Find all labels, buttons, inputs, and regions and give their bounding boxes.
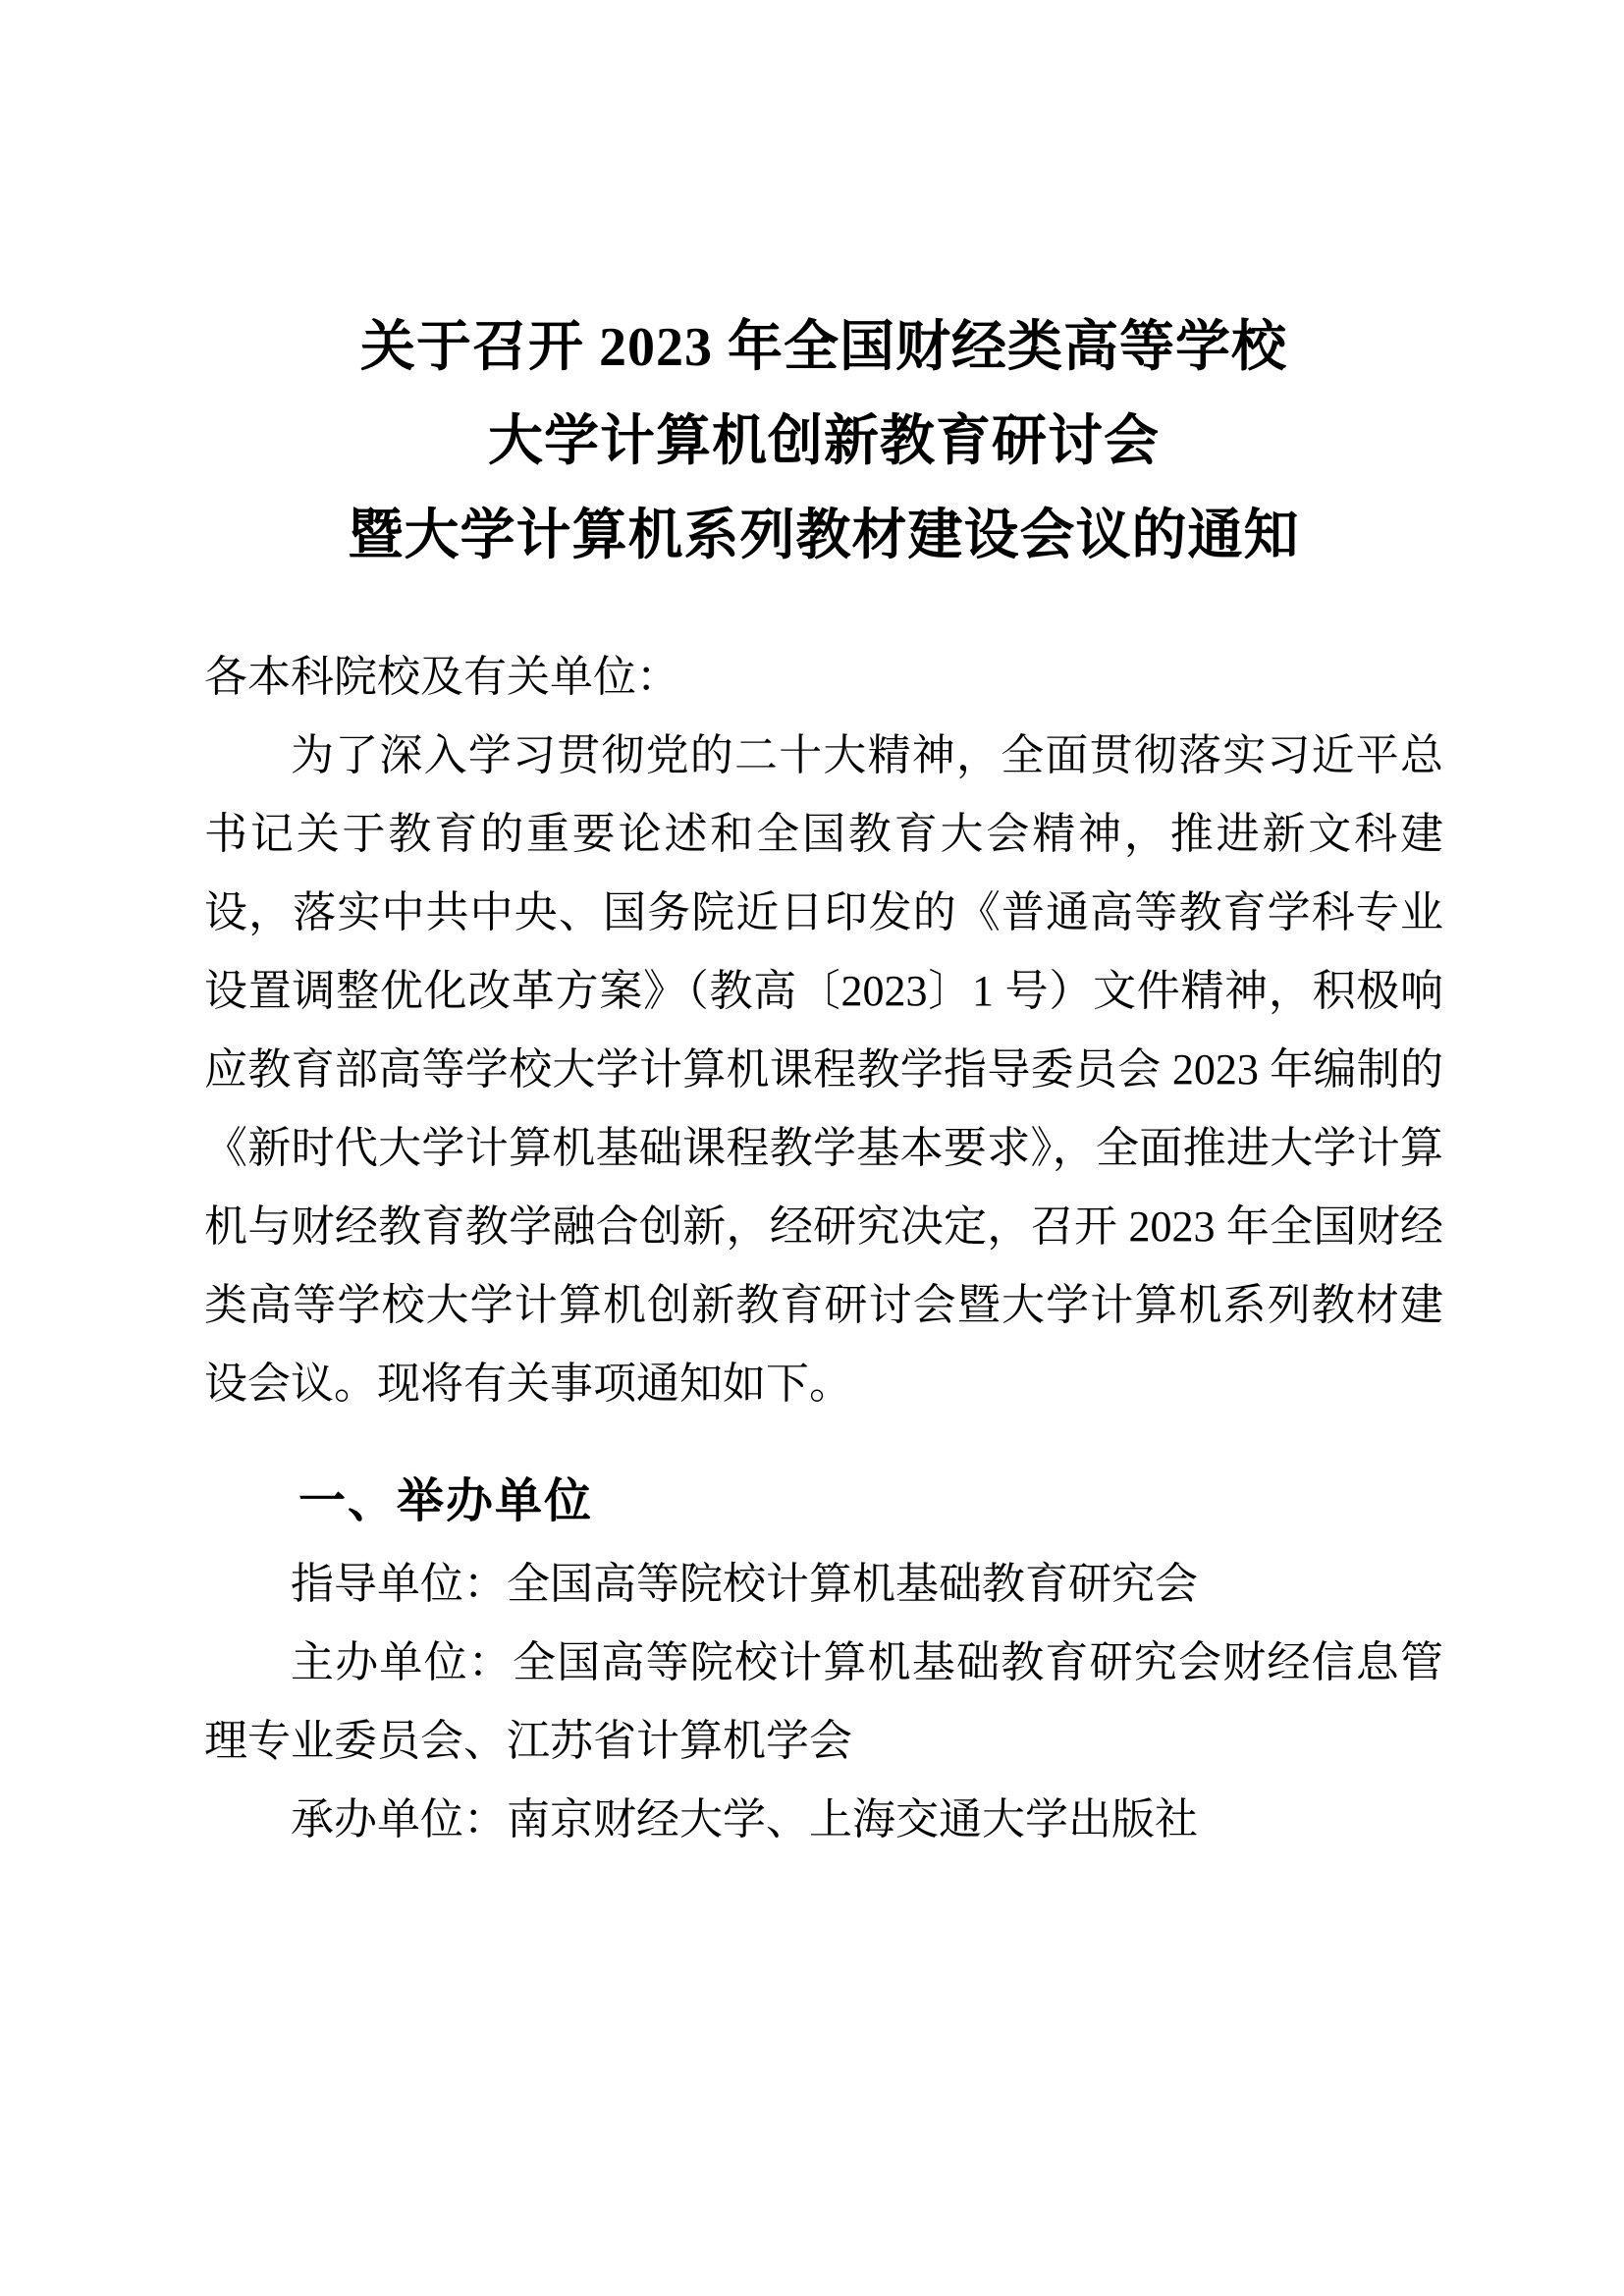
document-title-line-3: 暨大学计算机系列教材建设会议的通知 — [204, 489, 1443, 583]
guidance-unit-line: 指导单位：全国高等院校计算机基础教育研究会 — [204, 1545, 1443, 1624]
notice-page: 关于召开 2023 年全国财经类高等学校 大学计算机创新教育研讨会 暨大学计算机… — [0, 0, 1624, 2296]
undertaking-unit-line: 承办单位：南京财经大学、上海交通大学出版社 — [204, 1781, 1443, 1859]
document-title-line-1: 关于召开 2023 年全国财经类高等学校 — [204, 300, 1443, 395]
host-unit-line: 主办单位：全国高等院校计算机基础教育研究会财经信息管理专业委员会、江苏省计算机学… — [204, 1624, 1443, 1781]
section-heading-organizers: 一、举办单位 — [204, 1459, 1443, 1545]
document-title-line-2: 大学计算机创新教育研讨会 — [204, 395, 1443, 489]
intro-paragraph: 为了深入学习贯彻党的二十大精神，全面贯彻落实习近平总书记关于教育的重要论述和全国… — [204, 717, 1443, 1423]
salutation-line: 各本科院校及有关单位： — [204, 638, 1443, 717]
document-title: 关于召开 2023 年全国财经类高等学校 大学计算机创新教育研讨会 暨大学计算机… — [204, 300, 1443, 583]
